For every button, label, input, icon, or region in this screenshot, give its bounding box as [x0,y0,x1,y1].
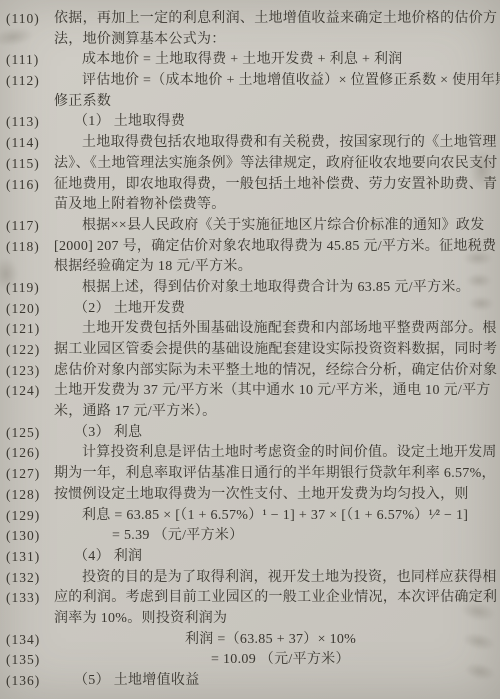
doc-line: (120)（2） 土地开发费 [6,299,496,320]
line-text: 虑估价对象内部实际为未平整土地的情况，经综合分析，确定估价对象 [54,361,497,382]
doc-line: 根据经验确定为 18 元/平方米。 [6,257,496,278]
doc-line: (112)评估地价 =（成本地价 + 土地增值收益）× 位置修正系数 × 使用年… [6,71,496,92]
line-text: = 5.39 （元/平方米） [54,526,496,547]
line-number: (123) [6,361,54,382]
line-number: (133) [6,588,54,609]
line-text: （5） 土地增值收益 [54,671,496,692]
line-text: 征地费用，即农地取得费，一般包括土地补偿费、劳力安置补助费、青 [54,175,497,196]
line-number: (115) [6,154,54,175]
line-text: 润率为 10%。则投资利润为 [54,609,496,630]
line-number: (126) [6,443,54,464]
line-number: (134) [6,630,54,651]
line-number: (136) [6,671,54,692]
doc-line: (117)根据××县人民政府《关于实施征地区片综合价标准的通知》政发 [6,216,496,237]
doc-line: (124)土地开发费为 37 元/平方米（其中通水 10 元/平方米，通电 10… [6,381,496,402]
doc-line: (113)（1） 土地取得费 [6,112,496,133]
line-text: = 10.09 （元/平方米） [54,650,496,671]
line-number: (121) [6,319,54,340]
line-text: 计算投资利息是评估土地时考虑资金的时间价值。设定土地开发周 [54,443,497,464]
line-number: (129) [6,506,54,527]
line-number: (127) [6,464,54,485]
line-number: (135) [6,650,54,671]
doc-line: (132)投资的目的是为了取得利润，视开发土地为投资，也同样应获得相 [6,568,496,589]
line-number: (114) [6,133,54,154]
doc-line: (116)征地费用，即农地取得费，一般包括土地补偿费、劳力安置补助费、青 [6,175,496,196]
line-number: (128) [6,485,54,506]
line-text: （3） 利息 [54,423,496,444]
line-text: 法》、《土地管理法实施条例》等法律规定，政府征收农地要向农民支付 [54,154,498,175]
doc-line: (130)= 5.39 （元/平方米） [6,526,496,547]
doc-line: (134)利润 =（63.85 + 37）× 10% [6,630,496,651]
line-text: 修正系数 [54,92,496,113]
line-text: 土地开发费为 37 元/平方米（其中通水 10 元/平方米，通电 10 元/平方 [54,381,496,402]
line-number [6,195,54,216]
doc-line: (128)按惯例设定土地取得费为一次性支付、土地开发费为均匀投入，则 [6,485,496,506]
doc-line: (127)期为一年，利息率取评估基准日通行的半年期银行贷款年利率 6.57%， [6,464,496,485]
line-number [6,257,54,278]
doc-line: 修正系数 [6,92,496,113]
document-lines: (110)依据，再加上一定的利息利润、土地增值收益来确定土地价格的估价方法，地价… [6,9,496,692]
doc-line: (135)= 10.09 （元/平方米） [6,650,496,671]
line-text: 据工业园区管委会提供的基础设施配套建设实际投资资料数据，同时考 [54,340,497,361]
doc-line: (131)（4） 利润 [6,547,496,568]
doc-line: (123)虑估价对象内部实际为未平整土地的情况，经综合分析，确定估价对象 [6,361,496,382]
line-number: (122) [6,340,54,361]
line-number: (120) [6,299,54,320]
line-text: 米，通路 17 元/平方米）。 [54,402,496,423]
line-number: (118) [6,237,54,258]
line-number [6,609,54,630]
doc-line: 润率为 10%。则投资利润为 [6,609,496,630]
doc-line: (121)土地开发费包括外围基础设施配套费和内部场地平整费两部分。根 [6,319,496,340]
doc-line: 米，通路 17 元/平方米）。 [6,402,496,423]
line-text: （1） 土地取得费 [54,112,496,133]
line-text: 评估地价 =（成本地价 + 土地增值收益）× 位置修正系数 × 使用年期 [54,71,500,92]
doc-line: (133)应的利润。考虑到目前工业园区的一般工业企业情况，本次评估确定利 [6,588,496,609]
doc-line: 法，地价测算基本公式为： [6,30,496,51]
line-text: 依据，再加上一定的利息利润、土地增值收益来确定土地价格的估价方 [54,9,497,30]
line-text: 法，地价测算基本公式为： [54,30,496,51]
line-number: (124) [6,381,54,402]
line-text: [2000] 207 号，确定估价对象农地取得费为 45.85 元/平方米。征地… [54,237,496,258]
line-number: (117) [6,216,54,237]
doc-line: (111)成本地价 = 土地取得费 + 土地开发费 + 利息 + 利润 [6,50,496,71]
line-number: (116) [6,175,54,196]
doc-line: (126)计算投资利息是评估土地时考虑资金的时间价值。设定土地开发周 [6,443,496,464]
line-number [6,402,54,423]
line-text: 按惯例设定土地取得费为一次性支付、土地开发费为均匀投入，则 [54,485,496,506]
line-number: (111) [6,50,54,71]
line-number: (130) [6,526,54,547]
line-text: 投资的目的是为了取得利润，视开发土地为投资，也同样应获得相 [54,568,497,589]
line-number: (112) [6,71,54,92]
line-number: (119) [6,278,54,299]
line-text: 期为一年，利息率取评估基准日通行的半年期银行贷款年利率 6.57%， [54,464,496,485]
line-text: 利润 =（63.85 + 37）× 10% [54,630,496,651]
doc-line: (125)（3） 利息 [6,423,496,444]
doc-line: 苗及地上附着物补偿费等。 [6,195,496,216]
line-number: (132) [6,568,54,589]
line-text: （2） 土地开发费 [54,299,496,320]
line-text: 土地取得费包括农地取得费和有关税费，按国家现行的《土地管理 [54,133,497,154]
line-text: 苗及地上附着物补偿费等。 [54,195,496,216]
line-number [6,92,54,113]
line-text: 成本地价 = 土地取得费 + 土地开发费 + 利息 + 利润 [54,50,496,71]
line-text: 土地开发费包括外围基础设施配套费和内部场地平整费两部分。根 [54,319,497,340]
doc-line: (119)根据上述，得到估价对象土地取得费合计为 63.85 元/平方米。 [6,278,496,299]
doc-line: (110)依据，再加上一定的利息利润、土地增值收益来确定土地价格的估价方 [6,9,496,30]
line-number: (131) [6,547,54,568]
doc-line: (136)（5） 土地增值收益 [6,671,496,692]
line-text: 根据经验确定为 18 元/平方米。 [54,257,496,278]
doc-line: (129)利息 = 63.85 × [（1 + 6.57%）¹ − 1] + 3… [6,506,496,527]
line-number: (125) [6,423,54,444]
line-number [6,30,54,51]
doc-line: (114)土地取得费包括农地取得费和有关税费，按国家现行的《土地管理 [6,133,496,154]
line-number: (110) [6,9,54,30]
line-text: 利息 = 63.85 × [（1 + 6.57%）¹ − 1] + 37 × [… [54,506,496,527]
scanned-document-page: (110)依据，再加上一定的利息利润、土地增值收益来确定土地价格的估价方法，地价… [0,0,500,699]
doc-line: (122)据工业园区管委会提供的基础设施配套建设实际投资资料数据，同时考 [6,340,496,361]
line-text: （4） 利润 [54,547,496,568]
line-text: 根据××县人民政府《关于实施征地区片综合价标准的通知》政发 [54,216,496,237]
doc-line: (115)法》、《土地管理法实施条例》等法律规定，政府征收农地要向农民支付 [6,154,496,175]
line-text: 根据上述，得到估价对象土地取得费合计为 63.85 元/平方米。 [54,278,496,299]
line-text: 应的利润。考虑到目前工业园区的一般工业企业情况，本次评估确定利 [54,588,497,609]
line-number: (113) [6,112,54,133]
doc-line: (118)[2000] 207 号，确定估价对象农地取得费为 45.85 元/平… [6,237,496,258]
